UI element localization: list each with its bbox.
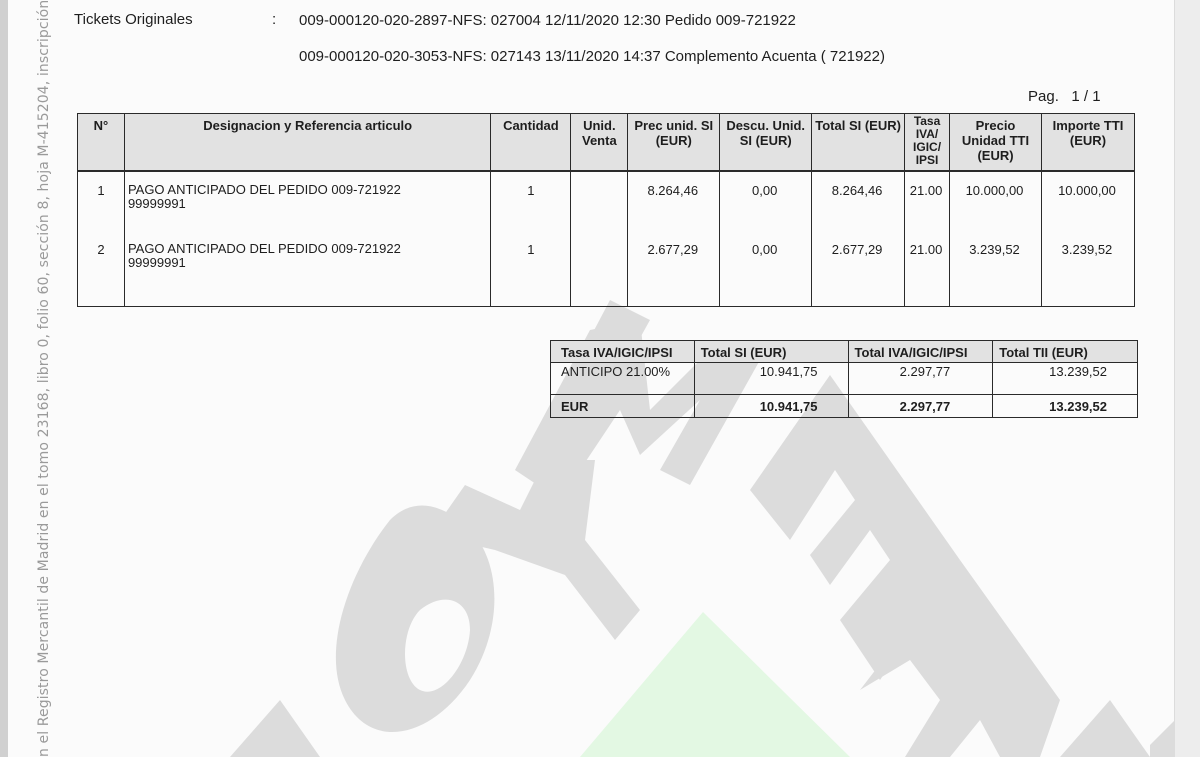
summary-currency: EUR	[551, 395, 695, 418]
summary-col-total-si: Total SI (EUR)	[694, 341, 848, 363]
row-tasa: 21.00	[905, 231, 950, 307]
row-cantidad: 1	[491, 171, 571, 231]
summary-col-total-iva: Total IVA/IGIC/IPSI	[848, 341, 993, 363]
summary-col-tasa: Tasa IVA/IGIC/IPSI	[551, 341, 695, 363]
col-header-total-si: Total SI (EUR)	[812, 114, 905, 171]
col-header-prec-unid-si: Prec unid. SI (EUR)	[628, 114, 720, 171]
col-header-precio-unidad-tti: Precio Unidad TTI (EUR)	[950, 114, 1042, 171]
row-unid-venta	[571, 231, 628, 307]
summary-total-tii: 13.239,52	[993, 363, 1138, 395]
tickets-label: Tickets Originales	[74, 11, 193, 28]
row-prec-unid-si: 2.677,29	[628, 231, 720, 307]
row-importe-tti: 3.239,52	[1041, 231, 1134, 307]
tickets-colon: :	[272, 11, 276, 28]
page-number: Pag. 1 / 1	[1028, 88, 1101, 105]
col-header-cantidad: Cantidad	[491, 114, 571, 171]
scan-left-edge	[0, 0, 8, 757]
summary-total-iva: 2.297,77	[848, 363, 993, 395]
col-header-importe-tti: Importe TTI (EUR)	[1041, 114, 1134, 171]
summary-label: ANTICIPO 21.00%	[551, 363, 695, 395]
summary-col-total-tii: Total TII (EUR)	[993, 341, 1138, 363]
row-number: 1	[78, 171, 125, 231]
col-header-tasa: Tasa IVA/ IGIC/ IPSI	[905, 114, 950, 171]
summary-row: ANTICIPO 21.00% 10.941,75 2.297,77 13.23…	[551, 363, 1138, 395]
designation-text: PAGO ANTICIPADO DEL PEDIDO 009-721922	[128, 241, 401, 256]
row-cantidad: 1	[491, 231, 571, 307]
items-table: N° Designacion y Referencia articulo Can…	[77, 113, 1135, 307]
row-total-si: 8.264,46	[812, 171, 905, 231]
summary-total-si: 10.941,75	[694, 363, 848, 395]
col-header-designation: Designacion y Referencia articulo	[124, 114, 490, 171]
grand-total-si: 10.941,75	[694, 395, 848, 418]
row-importe-tti: 10.000,00	[1041, 171, 1134, 231]
row-precio-unidad-tti: 10.000,00	[950, 171, 1042, 231]
row-prec-unid-si: 8.264,46	[628, 171, 720, 231]
reference-text: 99999991	[128, 255, 186, 270]
ticket-line-2: 009-000120-020-3053-NFS: 027143 13/11/20…	[299, 48, 885, 65]
reference-text: 99999991	[128, 196, 186, 211]
row-tasa: 21.00	[905, 171, 950, 231]
row-precio-unidad-tti: 3.239,52	[950, 231, 1042, 307]
row-unid-venta	[571, 171, 628, 231]
watermark-green-triangle	[580, 612, 850, 757]
ticket-line-1: 009-000120-020-2897-NFS: 027004 12/11/20…	[299, 12, 796, 29]
row-descu-unid-si: 0,00	[720, 171, 812, 231]
tax-summary-table: Tasa IVA/IGIC/IPSI Total SI (EUR) Total …	[550, 340, 1138, 418]
row-designation: PAGO ANTICIPADO DEL PEDIDO 009-721922999…	[124, 231, 490, 307]
table-row: 1 PAGO ANTICIPADO DEL PEDIDO 009-7219229…	[78, 171, 1135, 231]
col-header-descu-unid-si: Descu. Unid. SI (EUR)	[720, 114, 812, 171]
grand-total-tii: 13.239,52	[993, 395, 1138, 418]
items-table-header: N° Designacion y Referencia articulo Can…	[78, 114, 1135, 171]
row-descu-unid-si: 0,00	[720, 231, 812, 307]
col-header-unid-venta: Unid. Venta	[571, 114, 628, 171]
row-designation: PAGO ANTICIPADO DEL PEDIDO 009-721922999…	[124, 171, 490, 231]
summary-header: Tasa IVA/IGIC/IPSI Total SI (EUR) Total …	[551, 341, 1138, 363]
summary-total-row: EUR 10.941,75 2.297,77 13.239,52	[551, 395, 1138, 418]
row-total-si: 2.677,29	[812, 231, 905, 307]
registry-side-note: n el Registro Mercantil de Madrid en el …	[36, 0, 52, 757]
col-header-n: N°	[78, 114, 125, 171]
row-number: 2	[78, 231, 125, 307]
grand-total-iva: 2.297,77	[848, 395, 993, 418]
designation-text: PAGO ANTICIPADO DEL PEDIDO 009-721922	[128, 182, 401, 197]
scan-right-edge	[1174, 0, 1200, 757]
table-row: 2 PAGO ANTICIPADO DEL PEDIDO 009-7219229…	[78, 231, 1135, 307]
